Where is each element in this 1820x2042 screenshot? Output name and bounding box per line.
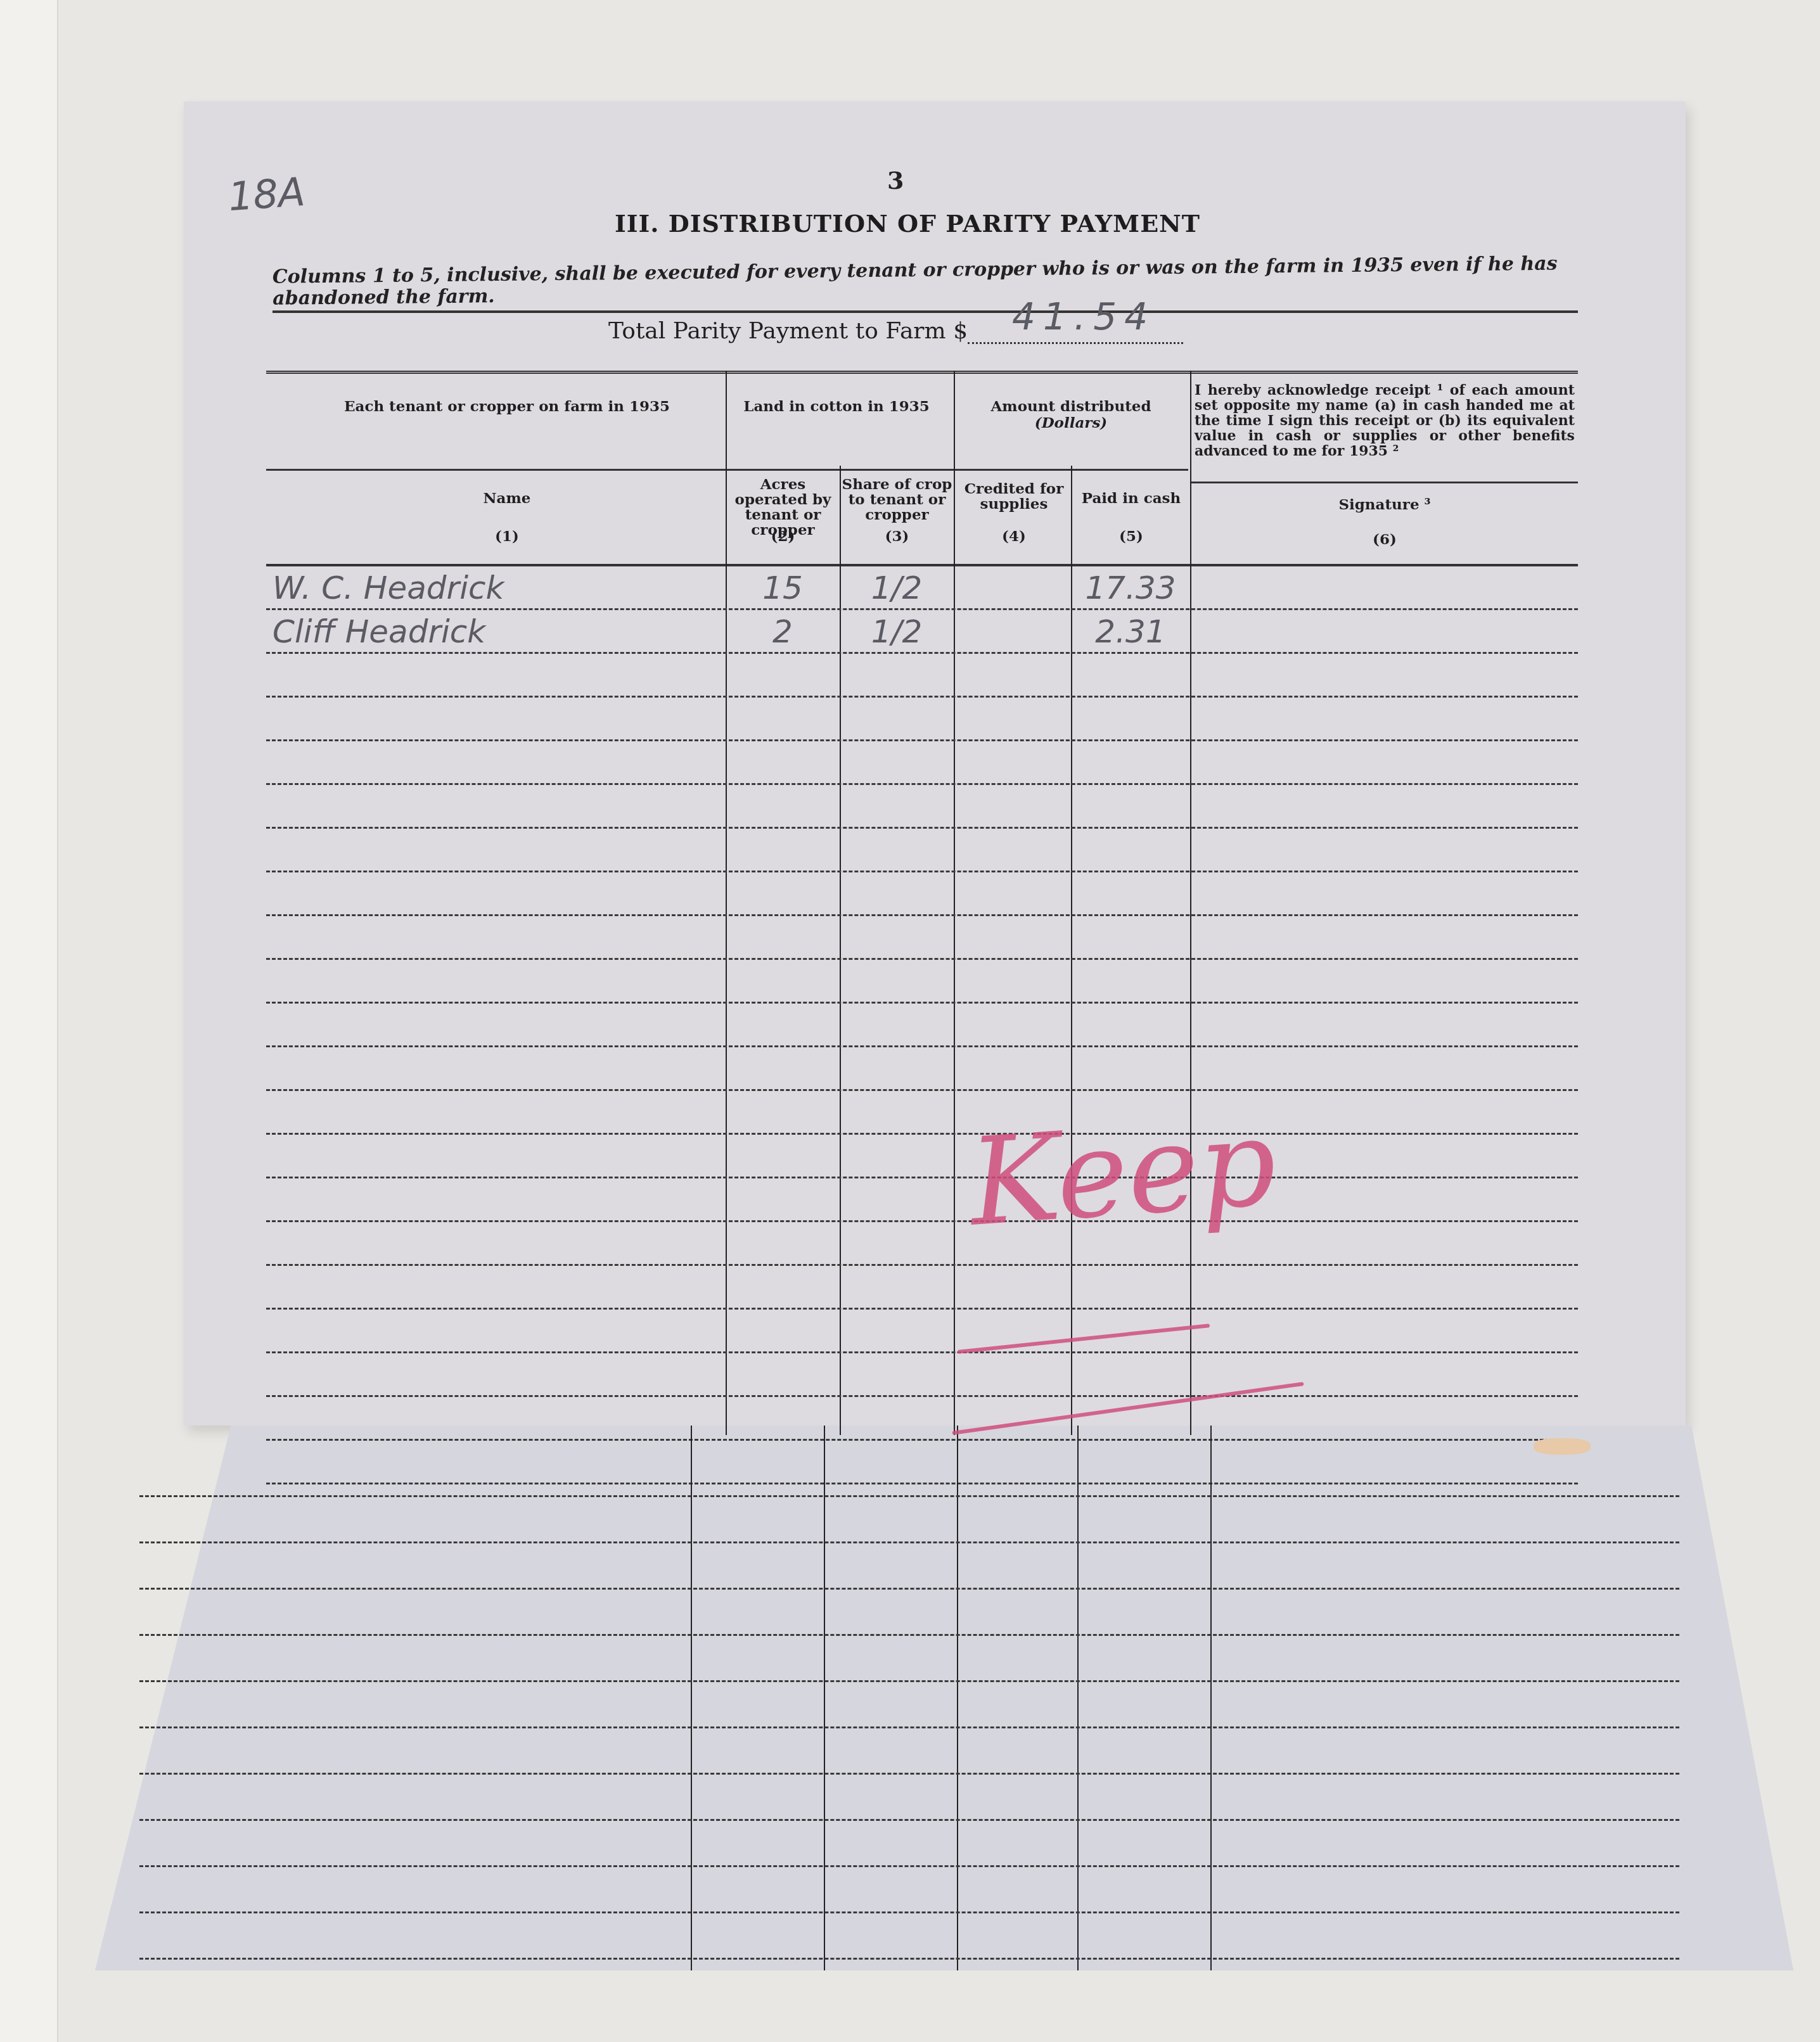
header-amount-group: Amount distributed xyxy=(957,399,1185,414)
cell-share[interactable]: 1/2 xyxy=(840,566,954,608)
table-row-blank[interactable] xyxy=(139,1543,1679,1590)
table-row-blank[interactable] xyxy=(266,1397,1578,1441)
table-row-blank[interactable] xyxy=(266,872,1578,916)
table-row-blank[interactable] xyxy=(139,1590,1679,1636)
total-payment-field[interactable]: 41.54 xyxy=(968,317,1183,344)
table-row-blank[interactable] xyxy=(139,1451,1679,1497)
header-divider xyxy=(266,469,726,471)
table-row-blank[interactable] xyxy=(139,1682,1679,1728)
table-row-blank[interactable] xyxy=(266,916,1578,960)
col-number-5: (5) xyxy=(1074,529,1188,544)
table-row-blank[interactable] xyxy=(266,1266,1578,1310)
table-row-blank[interactable] xyxy=(139,1497,1679,1543)
table-row-blank[interactable] xyxy=(266,654,1578,698)
table-row-blank[interactable] xyxy=(266,1047,1578,1091)
col-number-2: (2) xyxy=(727,529,838,544)
header-tenant-group: Each tenant or cropper on farm in 1935 xyxy=(292,399,722,414)
table-row-blank[interactable] xyxy=(139,1821,1679,1867)
lower-table-body xyxy=(139,1451,1679,1960)
table-header: Each tenant or cropper on farm in 1935 L… xyxy=(266,371,1578,566)
total-payment-value: 41.54 xyxy=(1012,295,1155,338)
table-row-blank[interactable] xyxy=(266,829,1578,872)
cell-credited[interactable] xyxy=(954,610,1071,652)
table-row-blank[interactable] xyxy=(266,960,1578,1004)
col-header-share: Share of crop to tenant or cropper xyxy=(842,477,952,523)
cell-acres[interactable]: 2 xyxy=(726,610,840,652)
table-row-blank[interactable] xyxy=(139,1636,1679,1682)
red-keep-annotation: Keep xyxy=(965,1092,1281,1253)
col-number-6: (6) xyxy=(1195,532,1575,547)
cell-signature[interactable] xyxy=(1190,610,1578,652)
cell-share[interactable]: 1/2 xyxy=(840,610,954,652)
table-row-blank[interactable] xyxy=(266,698,1578,741)
table-row-blank[interactable] xyxy=(266,1004,1578,1047)
table-row-blank[interactable] xyxy=(139,1913,1679,1960)
paper-tear xyxy=(1534,1438,1591,1455)
header-amount-unit: (Dollars) xyxy=(957,416,1185,431)
col-header-paid-cash: Paid in cash xyxy=(1074,491,1188,506)
header-acknowledgement: I hereby acknowledge receipt ¹ of each a… xyxy=(1195,383,1575,459)
cell-acres[interactable]: 15 xyxy=(726,566,840,608)
table-row-blank[interactable] xyxy=(266,785,1578,829)
table-row: Cliff Headrick 2 1/2 2.31 xyxy=(266,610,1578,654)
table-row-blank[interactable] xyxy=(266,1091,1578,1135)
desk-surface xyxy=(0,0,58,2042)
cell-name[interactable]: Cliff Headrick xyxy=(266,610,726,652)
table-row-blank[interactable] xyxy=(266,1310,1578,1353)
table-row-blank[interactable] xyxy=(139,1867,1679,1913)
table-row-blank[interactable] xyxy=(266,1222,1578,1266)
divider-rule xyxy=(272,310,1578,313)
table-row-blank[interactable] xyxy=(139,1775,1679,1821)
page-number: 3 xyxy=(887,166,904,195)
cell-credited[interactable] xyxy=(954,566,1071,608)
table-body: W. C. Headrick 15 1/2 17.33 Cliff Headri… xyxy=(266,566,1578,1484)
table-row-blank[interactable] xyxy=(266,1353,1578,1397)
total-payment-row: Total Parity Payment to Farm $ 41.54 xyxy=(608,317,1183,344)
table-row-blank[interactable] xyxy=(266,741,1578,785)
header-divider xyxy=(1191,482,1578,483)
cell-paid-cash[interactable]: 17.33 xyxy=(1071,566,1190,608)
distribution-table: Each tenant or cropper on farm in 1935 L… xyxy=(266,371,1578,1484)
cell-signature[interactable] xyxy=(1190,566,1578,608)
cell-paid-cash[interactable]: 2.31 xyxy=(1071,610,1190,652)
col-header-credited: Credited for supplies xyxy=(957,482,1071,512)
form-title: III. DISTRIBUTION OF PARITY PAYMENT xyxy=(615,209,1200,238)
cell-name[interactable]: W. C. Headrick xyxy=(266,566,726,608)
table-row-blank[interactable] xyxy=(139,1728,1679,1775)
col-number-1: (1) xyxy=(292,529,722,544)
col-header-signature: Signature ³ xyxy=(1195,497,1575,513)
table-row-blank[interactable] xyxy=(266,1178,1578,1222)
table-row-blank[interactable] xyxy=(266,1135,1578,1178)
header-land-group: Land in cotton in 1935 xyxy=(722,399,951,414)
table-row: W. C. Headrick 15 1/2 17.33 xyxy=(266,566,1578,610)
col-header-name: Name xyxy=(292,491,722,506)
col-number-4: (4) xyxy=(957,529,1071,544)
col-number-3: (3) xyxy=(842,529,952,544)
corner-note: 18A xyxy=(227,169,307,220)
total-payment-label: Total Parity Payment to Farm $ xyxy=(608,318,968,344)
